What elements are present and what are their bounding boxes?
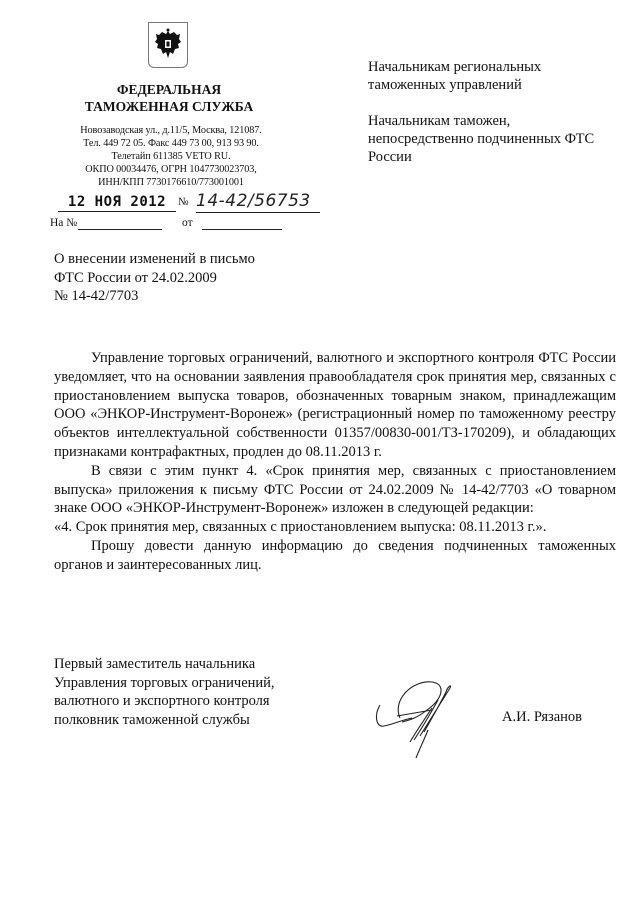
address-line: Новозаводская ул., д.11/5, Москва, 12108… bbox=[62, 124, 280, 137]
registration-number: 14-42/56753 bbox=[196, 190, 320, 213]
org-name-line-2: ТАМОЖЕННАЯ СЛУЖБА bbox=[60, 98, 278, 115]
body-paragraph: Управление торговых ограничений, валютно… bbox=[54, 349, 616, 462]
signer-title-line: Первый заместитель начальника bbox=[54, 655, 334, 674]
signer-title-line: валютного и экспортного контроля bbox=[54, 692, 334, 711]
address-line: ИНН/КПП 7730176610/773001001 bbox=[62, 176, 280, 189]
reference-number-label: На № bbox=[50, 217, 77, 229]
double-headed-eagle-icon bbox=[153, 27, 183, 63]
signer-title-line: Управления торговых ограничений, bbox=[54, 674, 334, 693]
subject-line: О внесении изменений в письмо bbox=[54, 250, 324, 269]
subject-line: ФТС России от 24.02.2009 bbox=[54, 269, 324, 288]
organization-name: ФЕДЕРАЛЬНАЯ ТАМОЖЕННАЯ СЛУЖБА bbox=[60, 81, 278, 115]
signature-icon bbox=[372, 670, 472, 760]
address-line: ОКПО 00034476, ОГРН 1047730023703, bbox=[62, 163, 280, 176]
body-paragraph: Прошу довести данную информацию до сведе… bbox=[54, 537, 616, 575]
number-label: № bbox=[178, 196, 189, 208]
registration-row: 12 НОЯ 2012 № 14-42/56753 bbox=[50, 193, 320, 213]
addressee: Начальникам региональных таможенных упра… bbox=[368, 58, 618, 94]
addressee: Начальникам таможен, непосредственно под… bbox=[368, 112, 618, 166]
letter-subject: О внесении изменений в письмо ФТС России… bbox=[54, 250, 324, 306]
address-line: Тел. 449 72 05. Факс 449 73 00, 913 93 9… bbox=[62, 137, 280, 150]
organization-address: Новозаводская ул., д.11/5, Москва, 12108… bbox=[62, 124, 280, 189]
reference-number-blank bbox=[78, 229, 162, 230]
reference-date-blank bbox=[202, 229, 282, 230]
org-name-line-1: ФЕДЕРАЛЬНАЯ bbox=[60, 81, 278, 98]
reference-row: На № от bbox=[50, 217, 320, 233]
emblem-icon bbox=[148, 22, 188, 68]
signer-name: А.И. Рязанов bbox=[502, 709, 582, 726]
body-paragraph: «4. Срок принятия мер, связанных с приос… bbox=[54, 518, 616, 537]
signer-title: Первый заместитель начальника Управления… bbox=[54, 655, 334, 729]
body-paragraph: В связи с этим пункт 4. «Срок принятия м… bbox=[54, 462, 616, 518]
addressees: Начальникам региональных таможенных упра… bbox=[368, 58, 618, 184]
subject-line: № 14-42/7703 bbox=[54, 287, 324, 306]
address-line: Телетайп 611385 VETO RU. bbox=[62, 150, 280, 163]
letter-body: Управление торговых ограничений, валютно… bbox=[54, 349, 616, 575]
reference-date-label: от bbox=[182, 217, 193, 229]
date-stamp: 12 НОЯ 2012 bbox=[58, 193, 176, 212]
signer-title-line: полковник таможенной службы bbox=[54, 711, 334, 730]
